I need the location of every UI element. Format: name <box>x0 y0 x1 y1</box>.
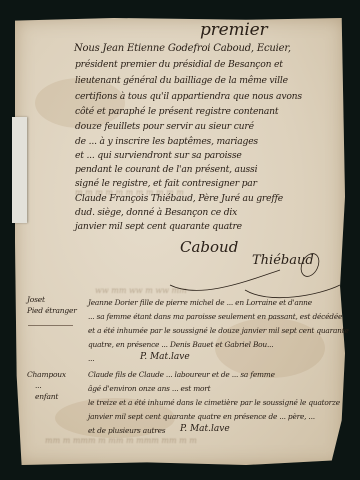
margin-note: ... <box>35 381 42 390</box>
margin-note: Joset <box>27 295 45 304</box>
entry-line: Claude fils de Claude ... laboureur et d… <box>88 370 275 379</box>
entry-line: quatre, en présence ... Denis Bauet et G… <box>88 340 273 349</box>
entry-line: âgé d'environ onze ans ... est mort <box>88 384 210 393</box>
margin-rule <box>28 325 73 326</box>
certificate-line: pendant le courant de l'an présent, auss… <box>75 164 257 175</box>
signature-flourish-icon <box>160 240 350 300</box>
scanner-tab <box>12 117 27 223</box>
certificate-line: de ... à y inscrire les baptêmes, mariag… <box>75 136 258 147</box>
certificate-line: dud. siège, donné à Besançon ce dix <box>75 207 237 218</box>
certificate-line: douze feuillets pour servir au sieur cur… <box>75 121 254 132</box>
entry-line: ... <box>88 354 94 363</box>
certificate-line: certifions à tous qu'il appartiendra que… <box>75 91 302 102</box>
certificate-line: et ... qui surviendront sur sa paroisse <box>75 150 242 161</box>
entry-line: et a été inhumée par le soussigné le dou… <box>88 326 349 335</box>
margin-note: Champoux <box>27 370 66 379</box>
certificate-line: côté et paraphé le présent registre cont… <box>75 106 278 117</box>
page-heading: premier <box>200 20 267 40</box>
margin-note: enfant <box>35 392 58 401</box>
certificate-line: signé le registre, et fait contresigner … <box>75 178 257 189</box>
entry-line: ... sa femme étant dans ma paroisse seul… <box>88 312 342 321</box>
certificate-line: Nous Jean Etienne Godefroi Caboud, Ecuie… <box>74 43 291 54</box>
entry-line: et de plusieurs autres <box>88 426 165 435</box>
certificate-line: président premier du présidial de Besanç… <box>75 59 283 70</box>
certificate-line: Claude François Thiébaud, Père Juré au g… <box>75 193 283 204</box>
entry-line: janvier mil sept cent quarante quatre en… <box>88 412 315 421</box>
margin-note: Pied étranger <box>27 306 77 315</box>
entry-line: Jeanne Dorier fille de pierre michel de … <box>88 298 312 307</box>
entry-line: le treize et a été inhumé dans le cimeti… <box>88 398 340 407</box>
entry-signature: P. Mat.lave <box>180 424 230 434</box>
entry-signature: P. Mat.lave <box>140 352 190 362</box>
certificate-line: lieutenant général du bailliage de la mê… <box>75 75 288 86</box>
certificate-line: janvier mil sept cent quarante quatre <box>75 221 242 232</box>
